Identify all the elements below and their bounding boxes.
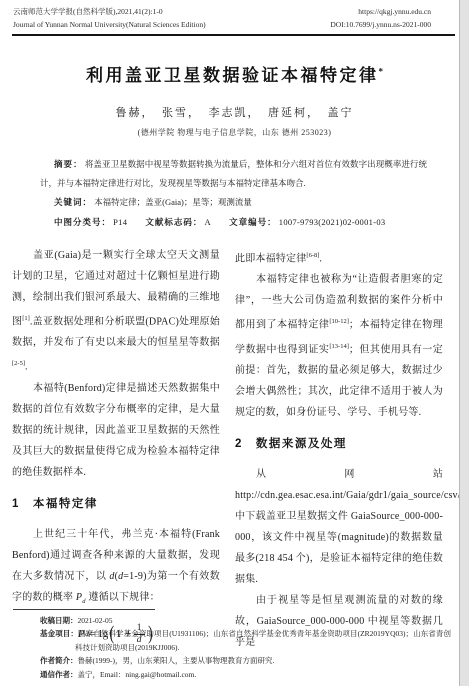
section-heading-2: 2 数据来源及处理 xyxy=(235,434,443,455)
journal-name-en: Journal of Yunnan Normal University(Natu… xyxy=(13,18,206,31)
header-rule xyxy=(12,34,455,36)
body-columns: 盖亚(Gaia)是一颗实行全球太空天文测量计划的卫星，它通过对超过十亿颗恒星进行… xyxy=(12,245,443,653)
doc-code-pair: 文献标志码： A xyxy=(145,217,211,227)
corresponding-author-text: 盖宁，Email：ning.gai@hotmail.com. xyxy=(78,670,197,679)
paper-title: 利用盖亚卫星数据验证本福特定律* xyxy=(0,61,469,86)
received-date-text: 2021-02-05 xyxy=(78,616,113,625)
header-right: https://qkgj.ynnu.edu.cn DOI:10.7699/j.y… xyxy=(330,5,431,31)
paper-title-text: 利用盖亚卫星数据验证本福特定律 xyxy=(86,66,379,85)
funding-label: 基金项目： xyxy=(40,629,78,638)
keywords-text: 本福特定律；盖亚(Gaia)；星等；观测流量 xyxy=(94,197,252,207)
affiliation-line: (德州学院 物理与电子信息学院，山东 德州 253023) xyxy=(0,127,469,138)
paragraph-intro-benford: 本福特(Benford)定律是描述天然数据集中数据的首位有效数字分布概率的定律，… xyxy=(12,378,220,483)
doc-code-value: A xyxy=(205,217,211,227)
clc-pair: 中图分类号： P14 xyxy=(54,217,127,227)
author-bio-label: 作者简介： xyxy=(40,656,78,665)
received-date-label: 收稿日期： xyxy=(40,616,78,625)
paragraph-intro-gaia: 盖亚(Gaia)是一颗实行全球太空天文测量计划的卫星，它通过对超过十亿颗恒星进行… xyxy=(12,245,220,378)
page-edge-strip xyxy=(459,0,469,686)
abstract-paragraph: 摘要： 将盖亚卫星数据中视星等数据转换为流量后，整体和分六组对首位有效数字出现概… xyxy=(40,155,427,193)
paragraph-benford-applications: 本福特定律也被称为“让造假者胆寒的定律”，一些大公司伪造盈利数据的案件分析中都用… xyxy=(235,269,443,423)
article-id-value: 1007-9793(2021)02-0001-03 xyxy=(279,217,386,227)
footnote-received: *收稿日期：2021-02-05 xyxy=(13,614,451,628)
page-header: 云南师范大学学报(自然科学版),2021,41(2):1-0 Journal o… xyxy=(0,0,469,31)
clc-label: 中图分类号： xyxy=(54,217,111,227)
footnote-author-bio: 作者简介：鲁赫(1999-)，男，山东莱阳人，主要从事物理教育方面研究. xyxy=(13,654,451,668)
paragraph-data-source: 从网站 http://cdn.gea.esac.esa.int/Gaia/gdr… xyxy=(235,464,443,590)
paragraph-benford-history: 上世纪三十年代，弗兰克·本福特(Frank Benford)通过调查各种来源的大… xyxy=(12,524,220,612)
article-id-label: 文章编号： xyxy=(229,217,277,227)
footnote-separator xyxy=(13,609,155,610)
header-left: 云南师范大学学报(自然科学版),2021,41(2):1-0 Journal o… xyxy=(13,5,206,31)
paper-page: 云南师范大学学报(自然科学版),2021,41(2):1-0 Journal o… xyxy=(0,0,469,686)
author-bio-text: 鲁赫(1999-)，男，山东莱阳人，主要从事物理教育方面研究. xyxy=(78,656,275,665)
abstract-text: 将盖亚卫星数据中视星等数据转换为流量后，整体和分六组对首位有效数字出现概率进行统… xyxy=(40,159,427,188)
doc-code-label: 文献标志码： xyxy=(145,217,202,227)
paragraph-benford-conclusion: 此即本福特定律[6-8]. xyxy=(235,245,443,269)
funding-text: 国家自然科学基金资助项目(U1931106)；山东省自然科学基金优秀青年基金资助… xyxy=(75,629,451,652)
clc-value: P14 xyxy=(113,217,127,227)
keywords-label: 关键词： xyxy=(54,197,92,207)
column-left: 盖亚(Gaia)是一颗实行全球太空天文测量计划的卫星，它通过对超过十亿颗恒星进行… xyxy=(12,245,220,653)
journal-url: https://qkgj.ynnu.edu.cn xyxy=(330,5,431,18)
meta-line: 中图分类号： P14 文献标志码： A 文章编号： 1007-9793(2021… xyxy=(40,212,427,232)
footnote-block: *收稿日期：2021-02-05 基金项目：国家自然科学基金资助项目(U1931… xyxy=(13,609,451,682)
journal-citation-cn: 云南师范大学学报(自然科学版),2021,41(2):1-0 xyxy=(13,5,206,18)
footnote-corresponding-author: 通信作者：盖宁，Email：ning.gai@hotmail.com. xyxy=(13,668,451,682)
title-footnote-mark: * xyxy=(379,66,384,76)
footnote-funding: 基金项目：国家自然科学基金资助项目(U1931106)；山东省自然科学基金优秀青… xyxy=(13,627,451,654)
abstract-label: 摘要： xyxy=(54,159,83,169)
doi: DOI:10.7699/j.ynnu.ns-2021-000 xyxy=(330,18,431,31)
column-right: 此即本福特定律[6-8]. 本福特定律也被称为“让造假者胆寒的定律”，一些大公司… xyxy=(235,245,443,653)
authors-line: 鲁赫， 张雪， 李志凯， 唐延柯， 盖宁 xyxy=(0,104,469,120)
corresponding-author-label: 通信作者： xyxy=(40,670,78,679)
section-heading-1: 1 本福特定律 xyxy=(12,494,220,515)
keywords-paragraph: 关键词： 本福特定律；盖亚(Gaia)；星等；观测流量 xyxy=(40,193,427,212)
article-id-pair: 文章编号： 1007-9793(2021)02-0001-03 xyxy=(229,217,385,227)
abstract-block: 摘要： 将盖亚卫星数据中视星等数据转换为流量后，整体和分六组对首位有效数字出现概… xyxy=(40,155,427,212)
